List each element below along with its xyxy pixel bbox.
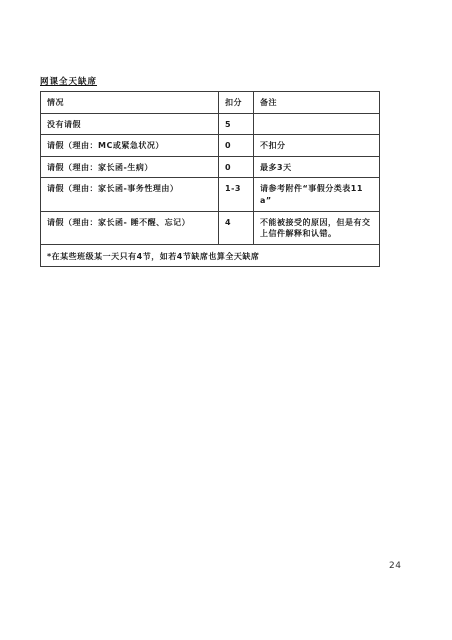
remark-cell	[254, 113, 380, 135]
points-cell: 0	[219, 135, 254, 157]
points-cell: 4	[219, 211, 254, 244]
header-points: 扣分	[219, 92, 254, 114]
table-footnote-row: *在某些班级某一天只有4节，如若4节缺席也算全天缺席	[41, 244, 380, 267]
situation-cell: 请假（理由：家长函- 睡不醒、忘记）	[41, 211, 219, 244]
remark-cell: 最多3天	[254, 156, 380, 178]
document-page: 网课全天缺席 情况 扣分 备注 没有请假 5 请假（理由：MC或紧急状况） 0 …	[0, 0, 452, 640]
remark-cell: 请参考附件“事假分类表11a”	[254, 178, 380, 211]
page-title: 网课全天缺席	[40, 75, 97, 87]
situation-cell: 没有请假	[41, 113, 219, 135]
remark-cell: 不能被接受的原因，但是有交上信件解释和认错。	[254, 211, 380, 244]
header-situation: 情况	[41, 92, 219, 114]
points-cell: 5	[219, 113, 254, 135]
table-header-row: 情况 扣分 备注	[41, 92, 380, 114]
table-row: 请假（理由：家长函-事务性理由） 1-3 请参考附件“事假分类表11a”	[41, 178, 380, 211]
table-row: 请假（理由：MC或紧急状况） 0 不扣分	[41, 135, 380, 157]
table-row: 请假（理由：家长函- 睡不醒、忘记） 4 不能被接受的原因，但是有交上信件解释和…	[41, 211, 380, 244]
situation-cell: 请假（理由：家长函-生病）	[41, 156, 219, 178]
remark-cell: 不扣分	[254, 135, 380, 157]
table-row: 没有请假 5	[41, 113, 380, 135]
header-remark: 备注	[254, 92, 380, 114]
footnote-cell: *在某些班级某一天只有4节，如若4节缺席也算全天缺席	[41, 244, 380, 267]
points-cell: 1-3	[219, 178, 254, 211]
situation-cell: 请假（理由：MC或紧急状况）	[41, 135, 219, 157]
table-row: 请假（理由：家长函-生病） 0 最多3天	[41, 156, 380, 178]
page-number: 24	[389, 561, 401, 571]
attendance-table: 情况 扣分 备注 没有请假 5 请假（理由：MC或紧急状况） 0 不扣分 请假（…	[40, 91, 380, 267]
situation-cell: 请假（理由：家长函-事务性理由）	[41, 178, 219, 211]
points-cell: 0	[219, 156, 254, 178]
